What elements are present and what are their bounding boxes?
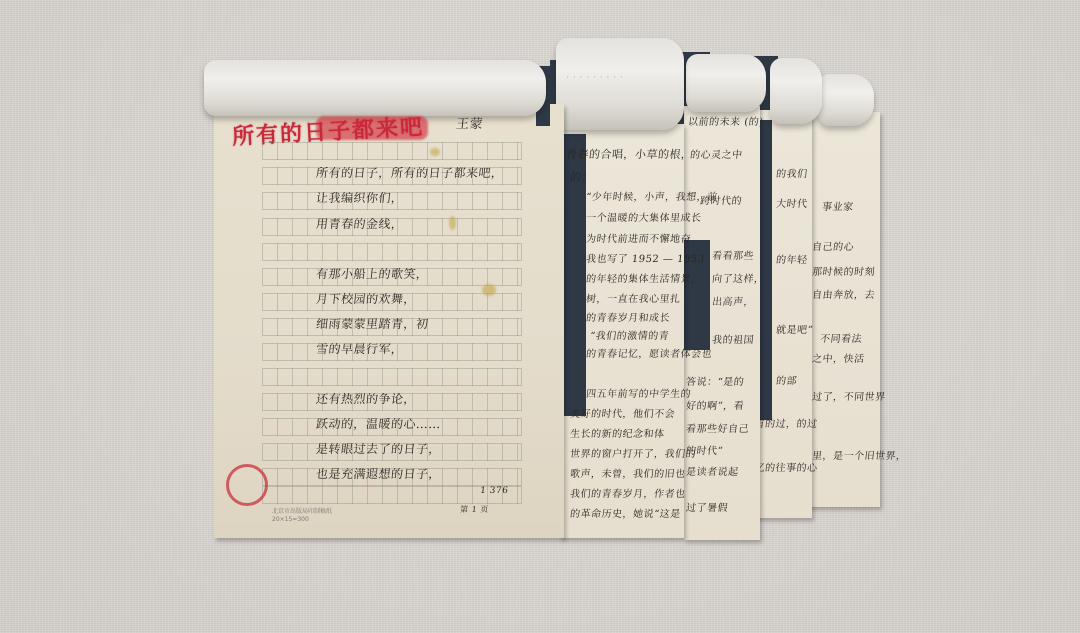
sheet-2-line: “我们的激情的青 [589,332,669,342]
manuscript-line: 所有的日子，所有的日子都来吧， [315,167,504,179]
grid-row [262,368,522,386]
sheet-3-line: 以前的未来 (的) [687,118,764,128]
sheet-3-line: 出高声， [711,298,754,308]
sheet-2-line: 的青春记忆，愿读者体会也 [585,350,712,360]
sheet-4-line: 的年轻 [775,256,808,266]
sheet-2-line: 我也写了 1952 — 1953 [585,255,704,265]
sheet-3-line: 看那些好自己 [685,425,749,435]
rolled-top-sheet-main [204,60,546,116]
page-counter: 1 376 [480,487,509,496]
manuscript-line: 还有热烈的争论， [315,393,416,405]
footer-spec: 20×15=300 [272,516,309,523]
manuscript-line: 用青春的金线， [315,218,404,230]
sheet-2-line: 的年轻的集体生活情景， [585,275,702,285]
footer-page-note: 第 1 页 [460,506,490,514]
sheet-5-line: 事业家 [821,203,854,213]
sheet-4-line: 的部 [775,377,797,387]
sheet-2-line: 一个温暖的大集体里成长 [585,214,702,224]
stain [482,284,496,296]
sheet-2-line: 四五年前写的中学生的 [585,390,691,400]
footer-print: 北京市出版局印制稿纸 [272,506,332,515]
manuscript-line: 也是充满遐想的日子， [315,468,441,480]
sheet-4-line: 大时代 [775,200,808,210]
sheet-2-rolled-text: · · · · · · · · · [566,74,624,83]
sheet-5-line: 过了，不同世界 [811,393,886,403]
manuscript-line: 雪的早晨行军， [315,343,404,355]
sheet-2-line: 我们的青春岁月，作者也 [569,490,686,500]
sheet-2-line: 为时代前进而不懈地奋 [585,235,691,245]
sheet-2-line: 青春的合唱，小草的根， [565,149,693,160]
sheet-2-line: 的革命历史，她说“这是 [569,510,681,520]
photo-scene: 事业家 自己的心 那时候的时刻 自由奔放，去 不同看法 之中，快活 过了，不同世… [0,0,1080,633]
sheet-2-line: 的： [569,172,593,183]
rolled-top-sheet-4 [770,58,822,124]
sheet-5-line: 里，是一个旧世界， [811,452,907,462]
sheet-5-line: 自由奔放，去 [811,291,875,301]
sheet-3-line: 是读者说起 [685,468,739,478]
manuscript-line: 是转眼过去了的日子， [315,443,441,455]
sheet-5-line: 自己的心 [811,243,854,253]
sheet-2-line: 美好的时代，他们不会 [569,410,675,420]
sheet-5-line: 那时候的时刻 [811,268,875,278]
sheet-3-line: 向了这样， [711,275,765,285]
grid-row [262,142,522,160]
red-seal-stamp [226,464,268,506]
sheet-3-line: 看看那些 [711,252,754,262]
manuscript-sheet-5 [806,112,880,507]
sheet-2-line: 世界的窗户打开了，我们的 [569,450,696,460]
manuscript-line: 细雨蒙蒙里踏青，初 [315,318,429,330]
sheet-3-line: 好的啊”，看 [685,402,744,412]
stain [430,148,440,156]
manuscript-line: 跃动的，温暖的心…… [315,418,441,430]
sheet-3-line: 我的祖国 [711,336,754,346]
sheet-4-line: 的我们 [775,170,808,180]
sheet-4-line: 就是吧” [775,326,813,336]
stain [449,216,456,230]
sheet-3-line: 过了暑假 [685,504,728,514]
rolled-top-sheet-3 [686,54,766,112]
manuscript-line: 月下校园的欢舞， [315,293,416,305]
sheet-5-line: 之中，快活 [811,355,865,365]
sheet-3-line: 答说：“是的 [685,378,744,388]
sheet-2-line: 歌声，未曾，我们的旧也 [569,470,686,480]
sheet-2-line: 树，一直在我心里扎 [585,295,681,305]
sheet-3-line: 的心灵之中 [689,151,743,161]
manuscript-author: 王蒙 [455,118,483,131]
grid-row [262,243,522,261]
manuscript-line: 让我编织你们， [315,192,404,204]
manuscript-line: 有那小船上的歌笑， [315,268,429,280]
sheet-5-line: 不同看法 [819,335,862,345]
rolled-top-sheet-2 [556,38,684,130]
sheet-2-line: “少年时候，小声，我想，前 [585,193,718,203]
rolled-top-sheet-5 [818,74,874,126]
sheet-2-line: 的青春岁月和成长 [585,314,670,324]
sheet-2-line: 生长的新的纪念和体 [569,430,665,440]
